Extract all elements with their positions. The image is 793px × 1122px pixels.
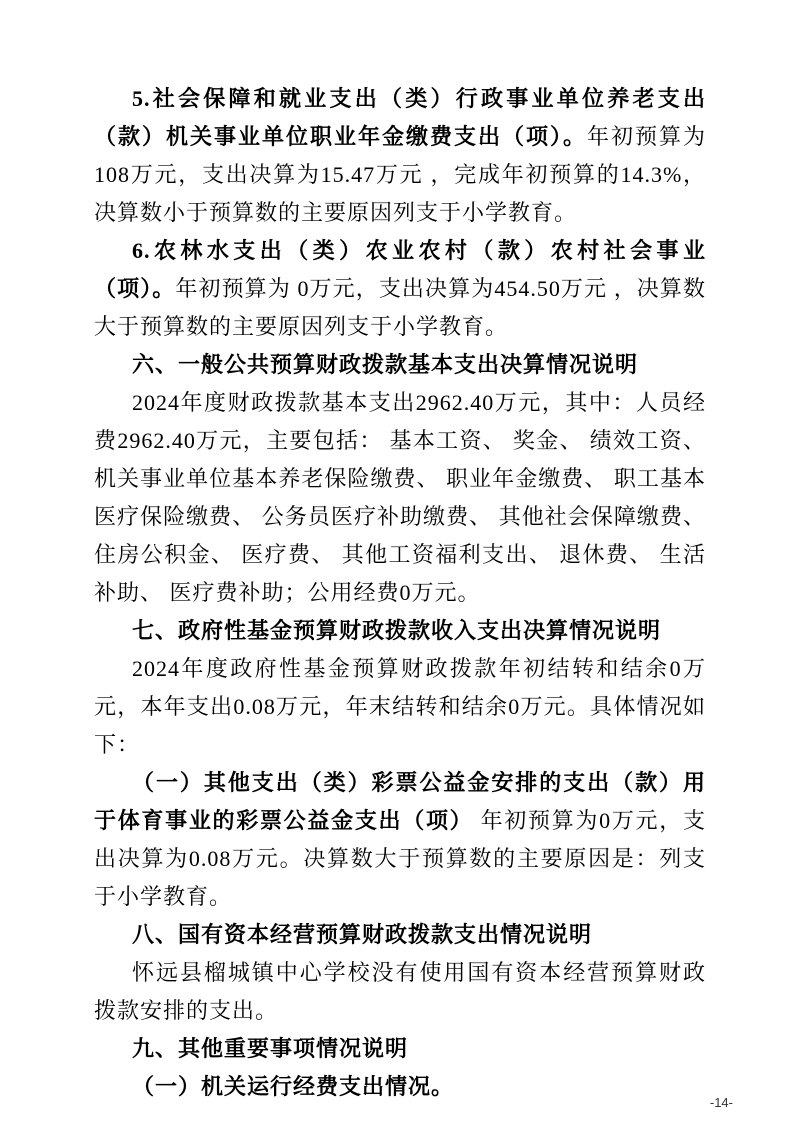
agency-operating-title: （一）机关运行经费支出情况。	[132, 1074, 454, 1099]
page-number: -14-	[710, 1095, 733, 1110]
document-page: 5.社会保障和就业支出（类）行政事业单位养老支出（款）机关事业单位职业年金缴费支…	[0, 0, 793, 1122]
agency-operating-paragraph: （一）机关运行经费支出情况。	[94, 1068, 706, 1106]
expense-item-5-paragraph: 5.社会保障和就业支出（类）行政事业单位养老支出（款）机关事业单位职业年金缴费支…	[94, 80, 706, 232]
gov-fund-paragraph: 2024年度政府性基金预算财政拨款年初结转和结余0万元，本年支出0.08万元，年…	[94, 650, 706, 764]
section-6-heading: 六、一般公共预算财政拨款基本支出决算情况说明	[94, 346, 706, 384]
lottery-fund-paragraph: （一）其他支出（类）彩票公益金安排的支出（款）用于体育事业的彩票公益金支出（项）…	[94, 764, 706, 916]
section-8-heading: 八、国有资本经营预算财政拨款支出情况说明	[94, 916, 706, 954]
basic-expenditure-detail: 2024年度财政拨款基本支出2962.40万元，其中：人员经费2962.40万元…	[94, 390, 706, 605]
state-capital-paragraph: 怀远县榴城镇中心学校没有使用国有资本经营预算财政拨款安排的支出。	[94, 954, 706, 1030]
section-7-heading: 七、政府性基金预算财政拨款收入支出决算情况说明	[94, 612, 706, 650]
section-9-heading: 九、其他重要事项情况说明	[94, 1030, 706, 1068]
expense-item-6-detail: 年初预算为 0万元，支出决算为454.50万元 ，决算数大于预算数的主要原因列支…	[94, 276, 706, 339]
state-capital-detail: 怀远县榴城镇中心学校没有使用国有资本经营预算财政拨款安排的支出。	[94, 960, 706, 1023]
gov-fund-detail: 2024年度政府性基金预算财政拨款年初结转和结余0万元，本年支出0.08万元，年…	[94, 656, 706, 757]
document-body: 5.社会保障和就业支出（类）行政事业单位养老支出（款）机关事业单位职业年金缴费支…	[94, 80, 706, 1106]
basic-expenditure-paragraph: 2024年度财政拨款基本支出2962.40万元，其中：人员经费2962.40万元…	[94, 384, 706, 612]
expense-item-6-paragraph: 6.农林水支出（类）农业农村（款）农村社会事业（项）。年初预算为 0万元，支出决…	[94, 232, 706, 346]
